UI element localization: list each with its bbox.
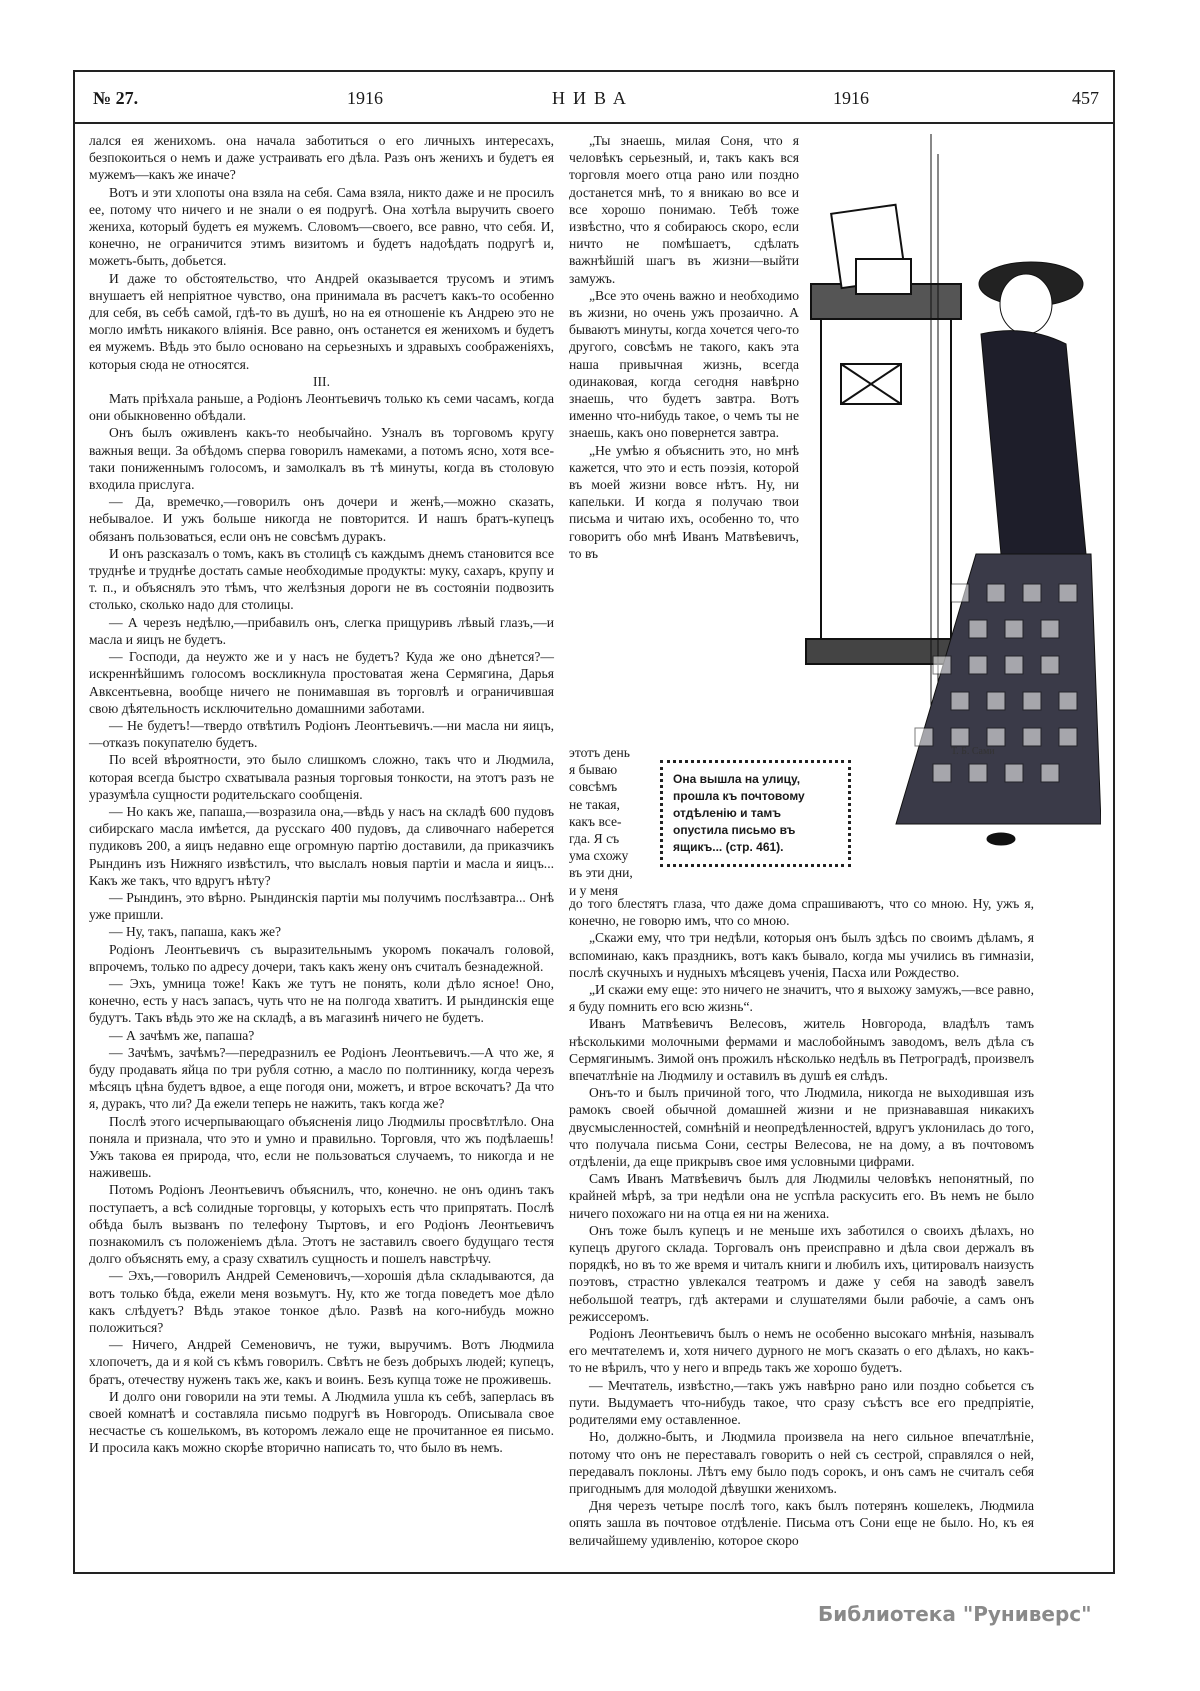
paragraph: Дня черезъ четыре послѣ того, какъ былъ …	[569, 1497, 1034, 1549]
library-watermark: Библиотека "Руниверс"	[818, 1602, 1092, 1626]
paragraph: — А черезъ недѣлю,—прибавилъ онъ, слегка…	[89, 614, 554, 648]
paragraph: По всей вѣроятности, это было слишкомъ с…	[89, 751, 554, 803]
paragraph: — Зачѣмъ, зачѣмъ?—передразнилъ ее Родіон…	[89, 1044, 554, 1113]
paragraph: — Господи, да неужто же и у насъ не буде…	[89, 648, 554, 717]
mailbox-icon	[806, 134, 966, 734]
paragraph: — А зачѣмъ же, папаша?	[89, 1027, 554, 1044]
paragraph: Потомъ Родіонъ Леонтьевичъ объяснилъ, чт…	[89, 1181, 554, 1267]
paragraph: Онъ былъ оживленъ какъ-то необычайно. Уз…	[89, 424, 554, 493]
page-header: № 27. 1916 НИВА 1916 457	[75, 72, 1113, 124]
paragraph: „Ты знаешь, милая Соня, что я человѣкъ с…	[569, 132, 799, 287]
narrow-text-block: этотъ день я бываю совсѣмъ не такая, как…	[569, 744, 649, 899]
paragraph: — Эхъ,—говорилъ Андрей Семеновичъ,—хорош…	[89, 1267, 554, 1336]
paragraph: „Скажи ему, что три недѣли, которыя онъ …	[569, 929, 1034, 981]
text-line: этотъ день	[569, 744, 649, 761]
paragraph: — Эхъ, умница тоже! Какъ же тутъ не поня…	[89, 975, 554, 1027]
artist-signature: Т. Б. Сами	[951, 746, 995, 757]
text-line: въ эти дни,	[569, 864, 649, 881]
text-line: какъ все-	[569, 813, 649, 830]
paragraph: Но, должно-быть, и Людмила произвела на …	[569, 1428, 1034, 1497]
paragraph: — Не будетъ!—твердо отвѣтилъ Родіонъ Лео…	[89, 717, 554, 751]
paragraph: — Ну, такъ, папаша, какъ же?	[89, 923, 554, 940]
paragraph: Самъ Иванъ Матвѣевичъ былъ для Людмилы ч…	[569, 1170, 1034, 1222]
paragraph: Иванъ Матвѣевичъ Велесовъ, житель Новгор…	[569, 1015, 1034, 1084]
text-line: гда. Я съ	[569, 830, 649, 847]
paragraph: „Все это очень важно и необходимо въ жиз…	[569, 287, 799, 442]
text-line: я бываю	[569, 761, 649, 778]
paragraph: Онъ-то и былъ причиной того, что Людмила…	[569, 1084, 1034, 1170]
paragraph: — Но какъ же, папаша,—возразила она,—вѣд…	[89, 803, 554, 889]
paragraph: — Мечтатель, извѣстно,—такъ ужъ навѣрно …	[569, 1377, 1034, 1429]
paragraph: Мать пріѣхала раньше, а Родіонъ Леонтьев…	[89, 390, 554, 424]
paragraph: — Ничего, Андрей Семеновичъ, не тужи, вы…	[89, 1336, 554, 1388]
paragraph: лался ея женихомъ. она начала заботиться…	[89, 132, 554, 184]
text-line: не такая,	[569, 796, 649, 813]
text-line: ума схожу	[569, 847, 649, 864]
left-column: лался ея женихомъ. она начала заботиться…	[89, 132, 554, 1457]
illustration-woman-mailbox: Т. Б. Сами	[801, 134, 1101, 894]
paragraph: Родіонъ Леонтьевичъ былъ о немъ не особе…	[569, 1325, 1034, 1377]
magazine-title: НИВА	[552, 88, 634, 109]
paragraph: — Да, времечко,—говорилъ онъ дочери и же…	[89, 493, 554, 545]
right-column-bottom: до того блестятъ глаза, что даже дома сп…	[569, 895, 1034, 1549]
magazine-page: № 27. 1916 НИВА 1916 457 лался ея женихо…	[73, 70, 1115, 1574]
paragraph: И даже то обстоятельство, что Андрей ока…	[89, 270, 554, 373]
right-column-top: „Ты знаешь, милая Соня, что я человѣкъ с…	[569, 132, 799, 562]
paragraph: „Не умѣю я объяснить это, но мнѣ кажется…	[569, 442, 799, 562]
paragraph: — Рындинъ, это вѣрно. Рындинскія партіи …	[89, 889, 554, 923]
paragraph: И долго они говорили на эти темы. А Людм…	[89, 1388, 554, 1457]
chapter-heading: III.	[89, 373, 554, 390]
paragraph: И онъ разсказалъ о томъ, какъ въ столицѣ…	[89, 545, 554, 614]
issue-number: № 27.	[93, 88, 138, 109]
paragraph: Послѣ этого исчерпывающаго объясненія ли…	[89, 1113, 554, 1182]
paragraph: до того блестятъ глаза, что даже дома сп…	[569, 895, 1034, 929]
page-number: 457	[1072, 88, 1099, 109]
paragraph: Онъ тоже былъ купецъ и не меньше ихъ заб…	[569, 1222, 1034, 1325]
year-right: 1916	[833, 88, 869, 109]
text-line: совсѣмъ	[569, 778, 649, 795]
paragraph: Вотъ и эти хлопоты она взяла на себя. Са…	[89, 184, 554, 270]
paragraph: Родіонъ Леонтьевичъ съ выразительнымъ ук…	[89, 941, 554, 975]
paragraph: „И скажи ему еще: это ничего не значитъ,…	[569, 981, 1034, 1015]
year-left: 1916	[347, 88, 383, 109]
